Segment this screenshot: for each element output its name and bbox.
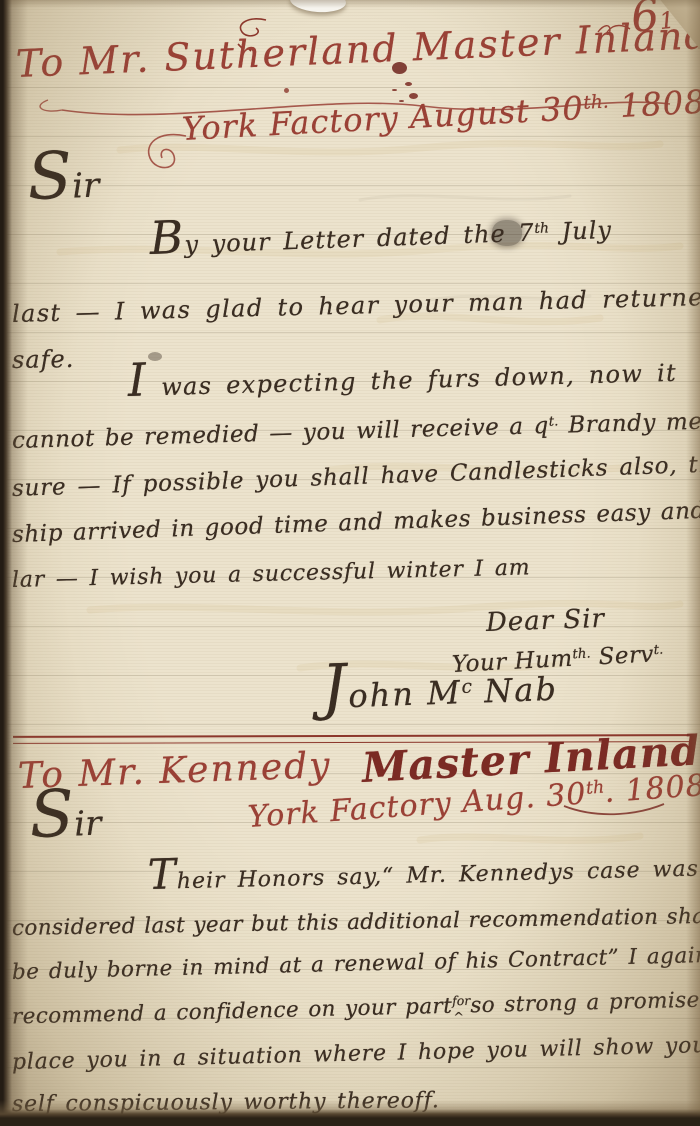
book-binding-edge: [0, 0, 28, 1126]
manuscript-page-photo: 61 To Mr. Sutherland Master Inland York …: [0, 0, 700, 1126]
book-bottom-edge: [0, 1100, 700, 1126]
photo-vignette: [0, 0, 700, 1126]
page-edge-right: [686, 0, 700, 1126]
page-edge-top: [0, 0, 700, 8]
